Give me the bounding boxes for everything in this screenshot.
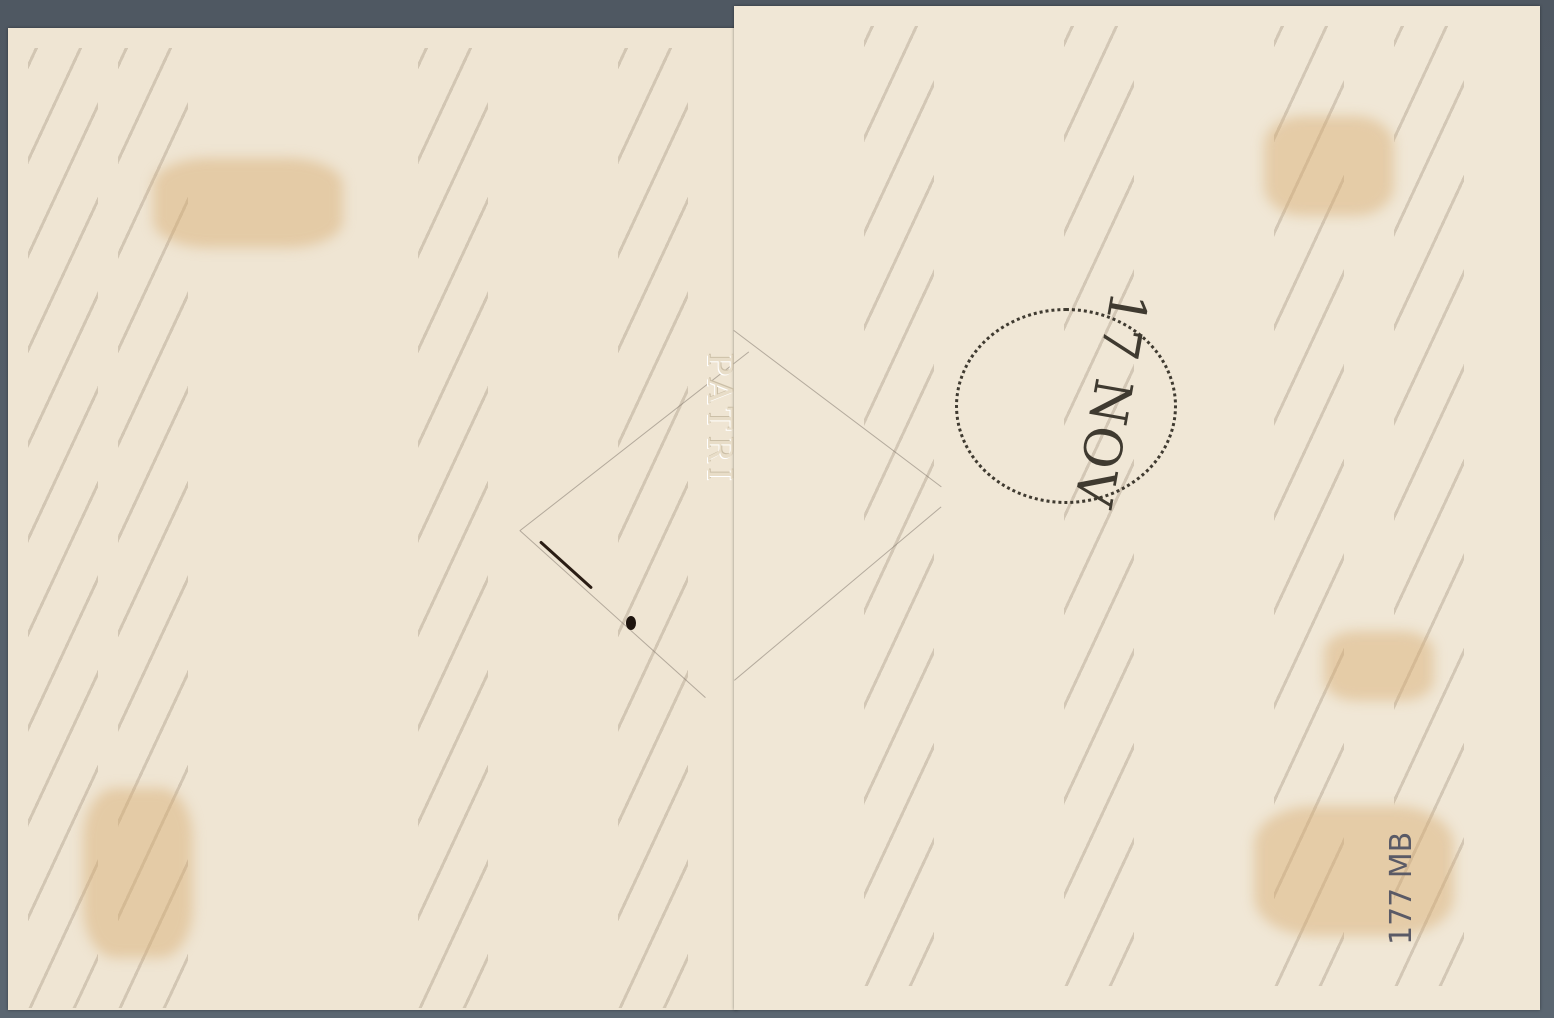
cover-right-panel	[734, 6, 1540, 1010]
show-through-script	[418, 48, 488, 1008]
cover-left-panel	[8, 28, 738, 1010]
embossed-seal: PATRI	[699, 353, 739, 487]
show-through-script	[864, 26, 934, 986]
ink-dot	[626, 616, 636, 630]
foxing-stain	[83, 788, 193, 958]
foxing-stain	[153, 158, 343, 248]
show-through-script	[618, 48, 688, 1008]
pencil-annotation: 177 MB	[1384, 832, 1419, 945]
foxing-stain	[1264, 116, 1394, 216]
foxing-stain	[1324, 631, 1434, 701]
foxing-stain	[1254, 806, 1454, 936]
